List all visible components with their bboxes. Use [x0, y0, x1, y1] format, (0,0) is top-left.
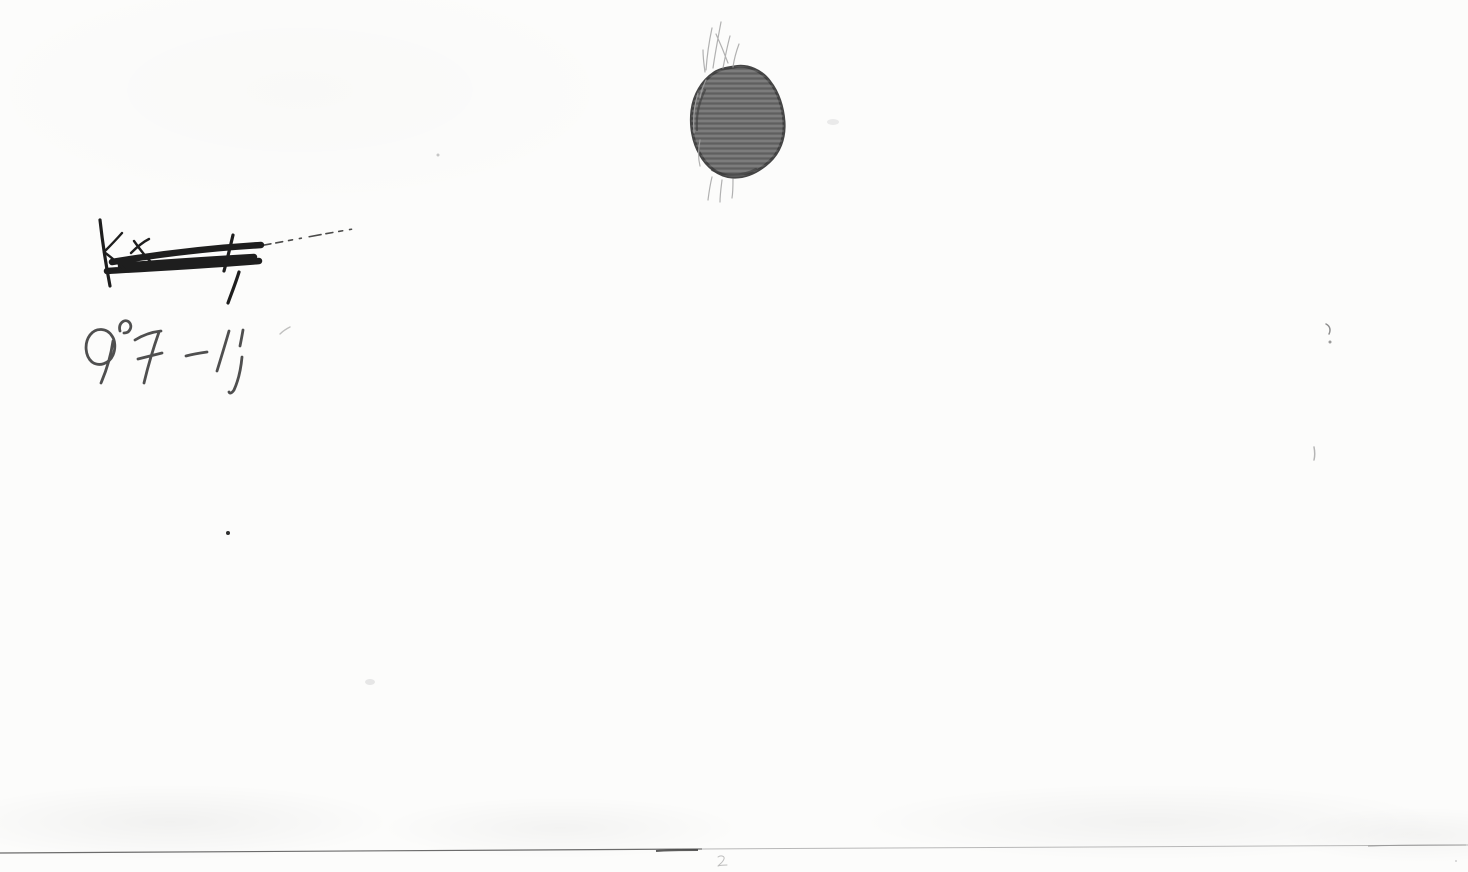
- scan-artwork: [0, 0, 1468, 872]
- faint-smudge: [827, 119, 839, 125]
- bottom-edge-dark-tick: [656, 850, 698, 851]
- bottom-edge-right-segment: [702, 845, 1468, 849]
- card-bottom-edge: [0, 845, 1468, 853]
- handwritten-line-2: [86, 321, 290, 393]
- tiny-tick-mark: [1314, 447, 1315, 460]
- faint-speck: [437, 154, 440, 157]
- dark-speck: [226, 531, 230, 535]
- ink-blot-scanline-texture: [691, 66, 784, 177]
- faint-speck: [1455, 860, 1457, 862]
- ink-blot: [691, 22, 784, 202]
- pencil-notation-strokes: [86, 321, 243, 393]
- handwritten-line-1: [100, 220, 353, 303]
- faint-smudge: [365, 679, 375, 685]
- bottom-edge-left-segment: [0, 849, 702, 853]
- bottom-edge-right-end: [1368, 845, 1466, 846]
- tiny-dot-mark: [1329, 341, 1332, 344]
- paper-specks: [226, 119, 1457, 866]
- tiny-curl-mark: [1326, 324, 1330, 334]
- strikethrough-tail-stroke: [259, 229, 353, 246]
- tiny-squiggle-below-edge: [718, 856, 727, 866]
- strikethrough-strokes: [107, 245, 261, 271]
- scanned-card-page: [0, 0, 1468, 872]
- stray-pencil-tick: [280, 327, 290, 334]
